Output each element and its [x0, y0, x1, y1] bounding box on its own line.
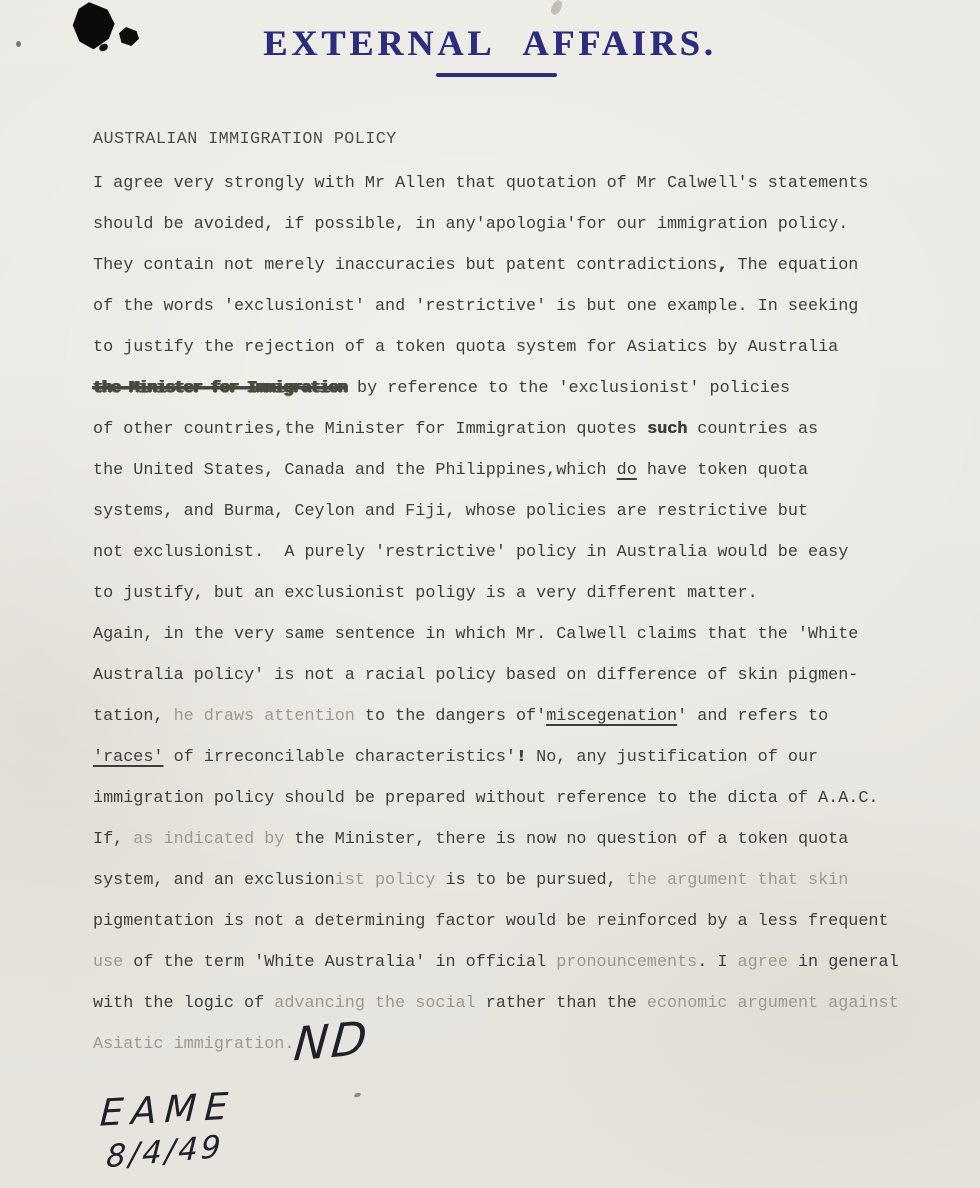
text-segment: Australia policy' is not a racial policy… — [93, 666, 858, 685]
text-line: Again, in the very same sentence in whic… — [93, 614, 943, 655]
text-segment: . I — [697, 953, 737, 972]
text-segment: tation, — [93, 707, 174, 726]
text-segment: , — [717, 256, 727, 275]
text-line: tation, he draws attention to the danger… — [93, 696, 943, 737]
text-segment: to justify the rejection of a token quot… — [93, 338, 838, 357]
text-segment: ! — [516, 748, 526, 767]
page-title: EXTERNAL AFFAIRS. — [0, 22, 980, 64]
text-line: immigration policy should be prepared wi… — [93, 778, 943, 819]
text-segment: not exclusionist. A purely 'restrictive'… — [93, 543, 848, 562]
text-line: of the words 'exclusionist' and 'restric… — [93, 286, 943, 327]
text-segment: agree — [738, 953, 788, 972]
text-segment: 'races' — [93, 748, 164, 767]
text-segment: such — [647, 420, 687, 439]
text-line: Asiatic immigration. — [93, 1024, 943, 1065]
text-segment: the Minister, there is now no question o… — [284, 830, 848, 849]
title-underline-rule — [436, 73, 557, 77]
text-segment: economic argument against — [647, 994, 899, 1013]
text-line: I agree very strongly with Mr Allen that… — [93, 163, 943, 204]
text-line: the Minister for Immigration by referenc… — [93, 368, 943, 409]
text-segment: countries as — [687, 420, 818, 439]
text-segment: I agree very strongly with Mr Allen that… — [93, 174, 868, 193]
text-line: 'races' of irreconcilable characteristic… — [93, 737, 943, 778]
text-line: If, as indicated by the Minister, there … — [93, 819, 943, 860]
text-line: pigmentation is not a determining factor… — [93, 901, 943, 942]
document-body: I agree very strongly with Mr Allen that… — [93, 163, 943, 1065]
paper-speck — [354, 1092, 362, 1098]
text-line: Australia policy' is not a racial policy… — [93, 655, 943, 696]
text-segment: is to be pursued, — [435, 871, 626, 890]
text-segment: by reference to the 'exclusionist' polic… — [347, 379, 790, 398]
text-segment: he draws attention — [174, 707, 355, 726]
text-segment: rather than the — [476, 994, 647, 1013]
text-line: should be avoided, if possible, in any'a… — [93, 204, 943, 245]
text-segment: do — [617, 461, 637, 480]
text-segment: Asiatic immigration. — [93, 1035, 294, 1054]
text-segment: use — [93, 953, 123, 972]
text-segment: No, any justification of our — [526, 748, 818, 767]
text-line: system, and an exclusionist policy is to… — [93, 860, 943, 901]
text-segment: miscegenation — [546, 707, 677, 726]
paper-smudge — [549, 0, 563, 16]
text-segment: ' and refers to — [677, 707, 828, 726]
text-segment: They contain not merely inaccuracies but… — [93, 256, 717, 275]
text-segment: of other countries,the Minister for Immi… — [93, 420, 647, 439]
text-segment: in general — [788, 953, 899, 972]
handwritten-signature: EAME — [99, 1084, 237, 1134]
text-segment: should be avoided, if possible, in any'a… — [93, 215, 848, 234]
struck-out-text: the Minister for Immigration — [93, 379, 347, 398]
handwritten-date: 8/4/49 — [105, 1129, 224, 1176]
document-heading: AUSTRALIAN IMMIGRATION POLICY — [93, 130, 397, 149]
text-segment: of the term 'White Australia' in officia… — [123, 953, 556, 972]
text-line: to justify the rejection of a token quot… — [93, 327, 943, 368]
text-line: use of the term 'White Australia' in off… — [93, 942, 943, 983]
text-line: to justify, but an exclusionist poligy i… — [93, 573, 943, 614]
text-segment: of irreconcilable characteristics' — [164, 748, 516, 767]
text-line: with the logic of advancing the social r… — [93, 983, 943, 1024]
text-segment: have token quota — [637, 461, 808, 480]
text-segment: to the dangers of' — [355, 707, 546, 726]
text-segment: as indicated by — [133, 830, 284, 849]
text-segment: system, and an exclusion — [93, 871, 335, 890]
text-segment: The equation — [727, 256, 858, 275]
text-segment: of the words 'exclusionist' and 'restric… — [93, 297, 858, 316]
text-segment: If, — [93, 830, 133, 849]
text-segment: pronouncements — [556, 953, 697, 972]
text-line: They contain not merely inaccuracies but… — [93, 245, 943, 286]
text-segment: ist policy — [335, 871, 436, 890]
text-segment: with the logic of — [93, 994, 274, 1013]
document-page: EXTERNAL AFFAIRS. AUSTRALIAN IMMIGRATION… — [0, 0, 980, 1188]
text-segment: the United States, Canada and the Philip… — [93, 461, 617, 480]
text-segment: the argument that skin — [627, 871, 849, 890]
text-segment: systems, and Burma, Ceylon and Fiji, who… — [93, 502, 808, 521]
text-line: not exclusionist. A purely 'restrictive'… — [93, 532, 943, 573]
text-segment: pigmentation is not a determining factor… — [93, 912, 889, 931]
text-line: systems, and Burma, Ceylon and Fiji, who… — [93, 491, 943, 532]
text-segment: immigration policy should be prepared wi… — [93, 789, 879, 808]
text-line: of other countries,the Minister for Immi… — [93, 409, 943, 450]
text-segment: Again, in the very same sentence in whic… — [93, 625, 858, 644]
handwritten-initials: ND — [292, 1010, 372, 1071]
text-segment: advancing the social — [274, 994, 475, 1013]
text-segment: to justify, but an exclusionist poligy i… — [93, 584, 758, 603]
text-line: the United States, Canada and the Philip… — [93, 450, 943, 491]
